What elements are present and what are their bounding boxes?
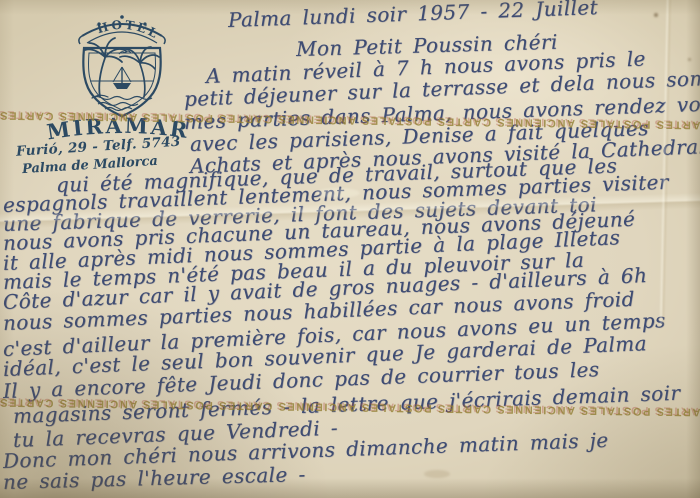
letterhead-crest: HOTEL bbox=[42, 2, 202, 152]
stain bbox=[100, 455, 105, 459]
letter-paper: HOTEL bbox=[0, 0, 700, 498]
fold-crease-vertical bbox=[659, 0, 673, 325]
hotel-banner-label: HOTEL bbox=[95, 18, 161, 42]
stain bbox=[654, 13, 658, 17]
palm-tree-right-icon bbox=[120, 47, 159, 97]
sailboat-icon bbox=[113, 67, 131, 89]
stain bbox=[688, 58, 691, 61]
stain bbox=[424, 470, 450, 478]
stain bbox=[316, 188, 360, 198]
letter-dateline: Palma lundi soir 1957 - 22 Juillet bbox=[228, 0, 599, 32]
